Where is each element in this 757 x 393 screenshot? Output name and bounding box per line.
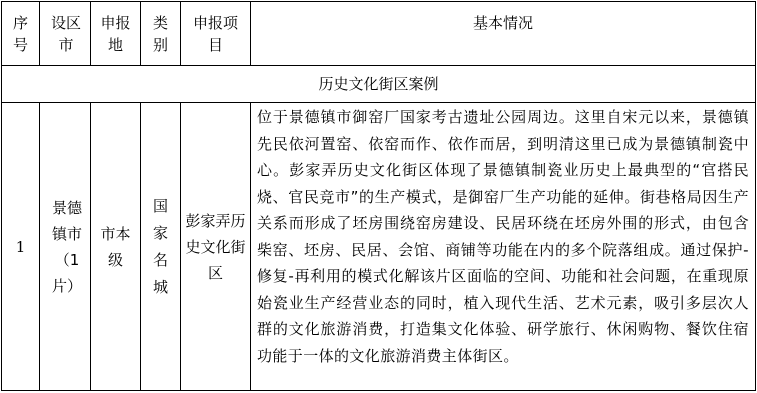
cell-project: 彭家弄历史文化街区 [181, 103, 251, 391]
cell-basic-info: 位于景德镇市御窑厂国家考古遗址公园周边。这里自宋元以来，景德镇先民依河置窑、依窑… [251, 103, 756, 391]
section-title: 历史文化街区案例 [2, 66, 756, 103]
cell-seq: 1 [2, 103, 40, 391]
header-project: 申报项目 [181, 2, 251, 66]
cell-applicant: 市本级 [91, 103, 141, 391]
header-basic-info: 基本情况 [251, 2, 756, 66]
table-row: 1 景德镇市（1片） 市本级 国家名城 彭家弄历史文化街区 位于景德镇市御窑厂国… [2, 103, 756, 391]
header-category: 类别 [141, 2, 181, 66]
heritage-cases-table: 序号 设区市 申报地 类别 申报项目 基本情况 历史文化街区案例 1 景德镇市（… [1, 1, 756, 391]
section-row: 历史文化街区案例 [2, 66, 756, 103]
header-seq: 序号 [2, 2, 40, 66]
header-row: 序号 设区市 申报地 类别 申报项目 基本情况 [2, 2, 756, 66]
header-applicant: 申报地 [91, 2, 141, 66]
cell-city: 景德镇市（1片） [40, 103, 91, 391]
header-city: 设区市 [40, 2, 91, 66]
cell-category: 国家名城 [141, 103, 181, 391]
